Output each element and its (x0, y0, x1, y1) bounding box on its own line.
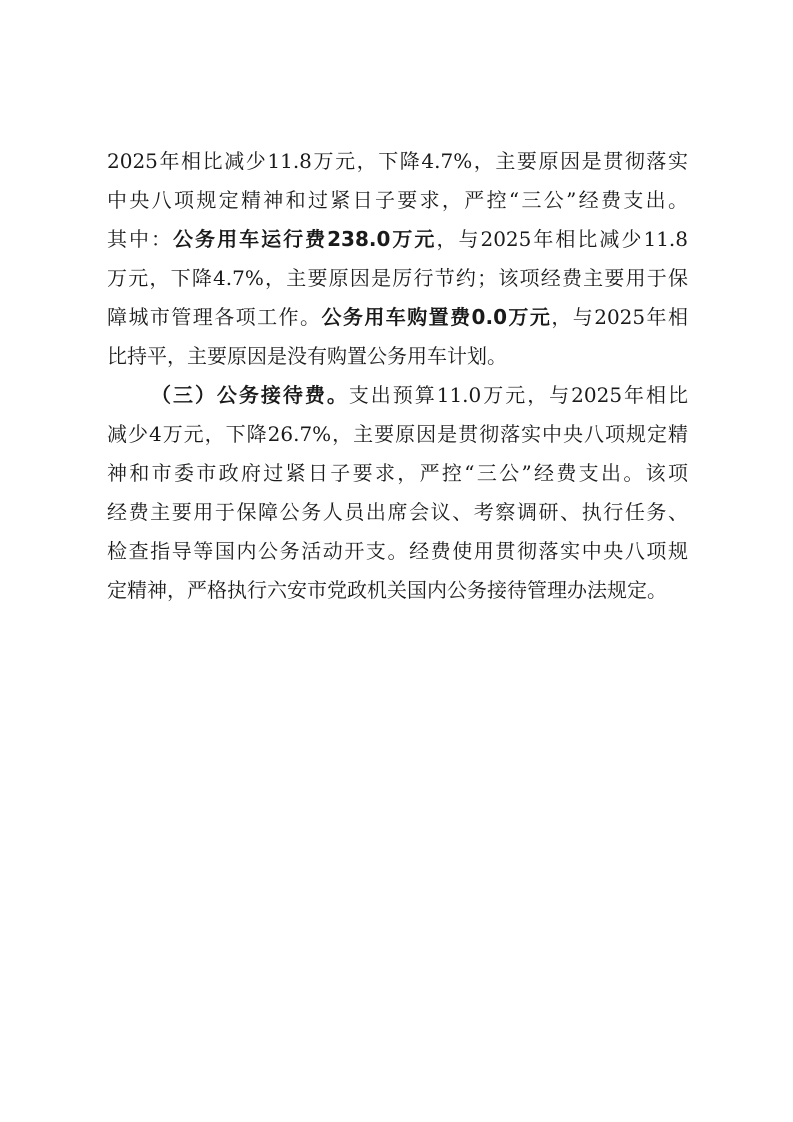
text-line: 2025年相比减少11.8万元，下降4.7%，主要原因是贯彻落实 (107, 146, 688, 185)
body-text: 支出预算11.0万元，与2025年相比 (349, 383, 688, 407)
text-line: 检查指导等国内公务活动开支。经费使用贯彻落实中央八项规 (107, 536, 688, 575)
paragraph-reception-expenses: （三）公务接待费。支出预算11.0万元，与2025年相比减少4万元，下降26.7… (107, 380, 688, 614)
body-text: 2025年相比减少11.8万元，下降4.7%，主要原因是贯彻落实 (107, 149, 688, 173)
text-line: 经费主要用于保障公务人员出席会议、考察调研、执行任务、 (107, 497, 688, 536)
body-text: 万元，下降4.7%，主要原因是厉行节约；该项经费主要用于保 (107, 266, 688, 290)
document-page: 2025年相比减少11.8万元，下降4.7%，主要原因是贯彻落实中央八项规定精神… (107, 146, 688, 614)
body-text: 中央八项规定精神和过紧日子要求，严控“三公”经费支出。 (107, 188, 688, 212)
bold-text: 公务用车购置费0.0万元 (321, 305, 551, 329)
body-text: 其中： (107, 227, 173, 251)
body-text: 比持平，主要原因是没有购置公务用车计划。 (107, 344, 507, 368)
text-line: 定精神，严格执行六安市党政机关国内公务接待管理办法规定。 (107, 575, 688, 614)
body-text: 经费主要用于保障公务人员出席会议、考察调研、执行任务、 (107, 500, 688, 524)
body-text: 减少4万元，下降26.7%，主要原因是贯彻落实中央八项规定精 (107, 422, 688, 446)
body-text: ，与2025年相比减少11.8 (436, 227, 688, 251)
body-text: 定精神，严格执行六安市党政机关国内公务接待管理办法规定。 (107, 578, 667, 602)
text-line: 其中：公务用车运行费238.0万元，与2025年相比减少11.8 (107, 224, 688, 263)
text-line: （三）公务接待费。支出预算11.0万元，与2025年相比 (107, 380, 688, 419)
body-text: 神和市委市政府过紧日子要求，严控“三公”经费支出。该项 (107, 461, 688, 485)
bold-text: 公务用车运行费238.0万元 (173, 227, 436, 251)
text-line: 比持平，主要原因是没有购置公务用车计划。 (107, 341, 688, 380)
body-text: 检查指导等国内公务活动开支。经费使用贯彻落实中央八项规 (107, 539, 688, 563)
text-line: 减少4万元，下降26.7%，主要原因是贯彻落实中央八项规定精 (107, 419, 688, 458)
bold-text: （三）公务接待费。 (151, 383, 349, 407)
text-line: 障城市管理各项工作。公务用车购置费0.0万元，与2025年相 (107, 302, 688, 341)
text-line: 神和市委市政府过紧日子要求，严控“三公”经费支出。该项 (107, 458, 688, 497)
body-text: ，与2025年相 (551, 305, 688, 329)
body-text: 障城市管理各项工作。 (107, 305, 321, 329)
text-line: 万元，下降4.7%，主要原因是厉行节约；该项经费主要用于保 (107, 263, 688, 302)
text-line: 中央八项规定精神和过紧日子要求，严控“三公”经费支出。 (107, 185, 688, 224)
paragraph-vehicle-expenses: 2025年相比减少11.8万元，下降4.7%，主要原因是贯彻落实中央八项规定精神… (107, 146, 688, 380)
